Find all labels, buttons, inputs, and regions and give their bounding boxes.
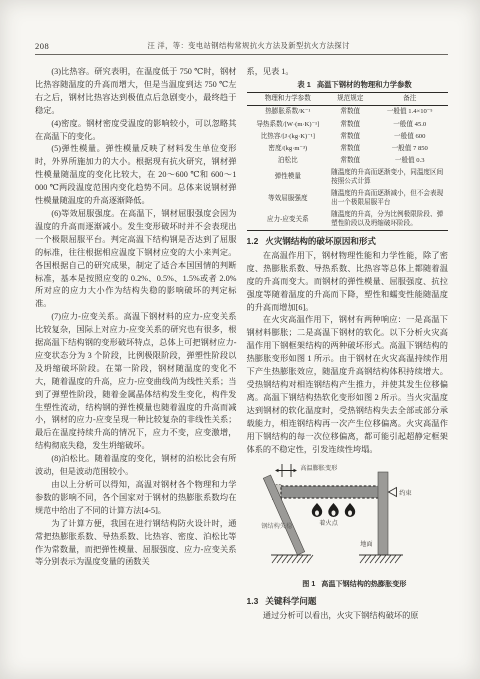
table-cell: 常数值: [329, 154, 371, 166]
ground-hatch-left: [271, 555, 313, 563]
page-number: 208: [35, 41, 49, 51]
section-title: 关键科学问题: [265, 595, 316, 608]
table-row: 等效屈服强度 随温度的升高而逐渐减小，但不会表现出一个极限屈服平台: [247, 188, 449, 209]
running-title: 汪 洋，等：变电站钢结构常规抗火方法及新型抗火方法探讨: [49, 41, 448, 51]
table-cell: 随温度的升高，分为比例极限阶段、弹塑性阶段以及坍缩破坏阶段。: [329, 209, 448, 231]
table-cell: 一般值 1.4×10⁻⁵: [371, 105, 448, 118]
table-cell: 热膨胀系数/K⁻¹: [247, 105, 330, 118]
two-column-body: (3)比热容。研究表明，在温度低于 750 ℃时，钢材比热容随温度的升高而增大，…: [35, 66, 448, 623]
section-number: 1.2: [247, 235, 259, 248]
figure-label-fire-point: 着火点: [319, 520, 338, 527]
section-number: 1.3: [247, 595, 259, 608]
table-cell: 等效屈服强度: [247, 188, 330, 209]
table-row: 密度/(kg·m⁻³) 常数值 一般值 7 850: [247, 142, 449, 154]
left-column: (3)比热容。研究表明，在温度低于 750 ℃时，钢材比热容随温度的升高而增大，…: [35, 66, 237, 623]
flame-icon: [329, 503, 339, 517]
table-row: 热膨胀系数/K⁻¹ 常数值 一般值 1.4×10⁻⁵: [247, 105, 449, 118]
flame-icon: [345, 503, 355, 517]
paragraph: (7)应力-应变关系。高温下钢材料的应力-应变关系比较复杂，国际上对应力-应变关…: [35, 311, 237, 453]
table-cell: 常数值: [329, 142, 371, 154]
table-cell: 导热系数/[W·(m·K)⁻¹]: [247, 118, 330, 130]
figure-caption-title: 高温下钢结构的热膨胀变形: [321, 580, 406, 588]
paragraph: (3)比热容。研究表明，在温度低于 750 ℃时，钢材比热容随温度的升高而增大，…: [35, 66, 237, 118]
figure-drawing: [247, 460, 447, 578]
paragraph: (8)泊松比。随着温度的变化，钢材的泊松比会有所波动，但是波动范围较小。: [35, 453, 237, 479]
paragraph: 为了计算方便，我国在进行钢结构防火设计时，通常把热膨胀系数、导热系数、比热容、密…: [35, 518, 237, 570]
figure-label-expansion: 高温膨胀变形: [300, 465, 337, 472]
paragraph: (5)弹性模量。弹性模量反映了材料发生单位变形时，外界所施加力的大小。根据现有抗…: [35, 143, 237, 208]
steel-beam: [281, 486, 379, 498]
table-cell: 常数值: [329, 130, 371, 142]
table-caption-title: 高温下钢材的物理和力学参数: [317, 80, 412, 89]
column-header: 备注: [371, 92, 448, 105]
table-cell: 一般值 45.0: [371, 118, 448, 130]
expansion-arrow-icon: [275, 464, 297, 477]
figure-caption: 图 1高温下钢结构的热膨胀变形: [247, 578, 449, 591]
figure-label-instability: 钢结构失稳: [261, 523, 292, 530]
right-steel-column: [378, 472, 388, 555]
column-header: 物理和力学参数: [247, 92, 330, 105]
figure-label-constraint: 约束: [399, 490, 411, 497]
page-header: 208 汪 洋，等：变电站钢结构常规抗火方法及新型抗火方法探讨: [35, 41, 448, 55]
table-caption-label: 表 1: [297, 80, 310, 89]
table-row: 导热系数/[W·(m·K)⁻¹] 常数值 一般值 45.0: [247, 118, 449, 130]
table-row: 弹性模量 随温度的升高而逐渐变小，同温度区间按照公式计算: [247, 166, 449, 187]
paragraph-continuation: 系，见表 1。: [247, 66, 449, 79]
table-1-steel-parameters: 物理和力学参数 规范规定 备注 热膨胀系数/K⁻¹ 常数值 一般值 1.4×10…: [247, 92, 449, 231]
table-row: 泊松比 常数值 一般值 0.3: [247, 154, 449, 166]
table-cell: 比热容/[J·(kg·K)⁻¹]: [247, 130, 330, 142]
table-cell: 弹性模量: [247, 166, 330, 187]
table-cell: 密度/(kg·m⁻³): [247, 142, 330, 154]
paragraph: (6)等效屈服强度。在高温下，钢材屈服强度会因为温度的升高而逐渐减小。发生变形破…: [35, 208, 237, 311]
paragraph: 在高温作用下，钢材物理性能和力学性能，除了密度、热膨胀系数、导热系数、比热容等总…: [247, 250, 449, 315]
constraint-icon: [389, 488, 397, 497]
paragraph: 通过分析可以看出，火灾下钢结构破坏的原: [247, 610, 449, 623]
section-title: 火灾钢结构的破坏原因和形式: [265, 235, 376, 248]
paragraph: (4)密度。钢材密度受温度的影响较小，可以忽略其在高温下的变化。: [35, 118, 237, 144]
figure-caption-label: 图 1: [302, 580, 315, 588]
table-cell: 泊松比: [247, 154, 330, 166]
table-cell: 一般值 0.3: [371, 154, 448, 166]
table-row: 应力-应变关系 随温度的升高，分为比例极限阶段、弹塑性阶段以及坍缩破坏阶段。: [247, 209, 449, 231]
table-cell: 一般值 7 850: [371, 142, 448, 154]
section-heading-1-3: 1.3 关键科学问题: [247, 595, 449, 608]
table-cell: 随温度的升高而逐渐减小，但不会表现出一个极限屈服平台: [329, 188, 448, 209]
section-heading-1-2: 1.2 火灾钢结构的破坏原因和形式: [247, 235, 449, 248]
paragraph: 由以上分析可以得知，高温对钢材各个物理和力学参数的影响不同，各个国家对于钢材的热…: [35, 479, 237, 518]
table-header-row: 物理和力学参数 规范规定 备注: [247, 92, 449, 105]
table-cell: 常数值: [329, 105, 371, 118]
table-cell: 一般值 600: [371, 130, 448, 142]
table-cell: 应力-应变关系: [247, 209, 330, 231]
table-cell: 常数值: [329, 118, 371, 130]
right-column: 系，见表 1。 表 1高温下钢材的物理和力学参数 物理和力学参数 规范规定 备注…: [247, 66, 449, 623]
table-row: 比热容/[J·(kg·K)⁻¹] 常数值 一般值 600: [247, 130, 449, 142]
figure-label-ground: 地面: [360, 541, 372, 548]
column-header: 规范规定: [329, 92, 371, 105]
table-cell: 随温度的升高而逐渐变小，同温度区间按照公式计算: [329, 166, 448, 187]
ground-hatch-right: [359, 555, 403, 563]
paper-page: 208 汪 洋，等：变电站钢结构常规抗火方法及新型抗火方法探讨 (3)比热容。研…: [0, 0, 480, 679]
flame-icon: [312, 503, 322, 517]
table-caption: 表 1高温下钢材的物理和力学参数: [247, 79, 449, 92]
figure-1-thermal-expansion-diagram: 高温膨胀变形 约束 钢结构失稳 着火点 地面: [247, 460, 447, 578]
paragraph: 在火灾高温作用下，钢材有两种响应：一是高温下钢材料膨胀；二是高温下钢材的软化。以…: [247, 314, 449, 456]
